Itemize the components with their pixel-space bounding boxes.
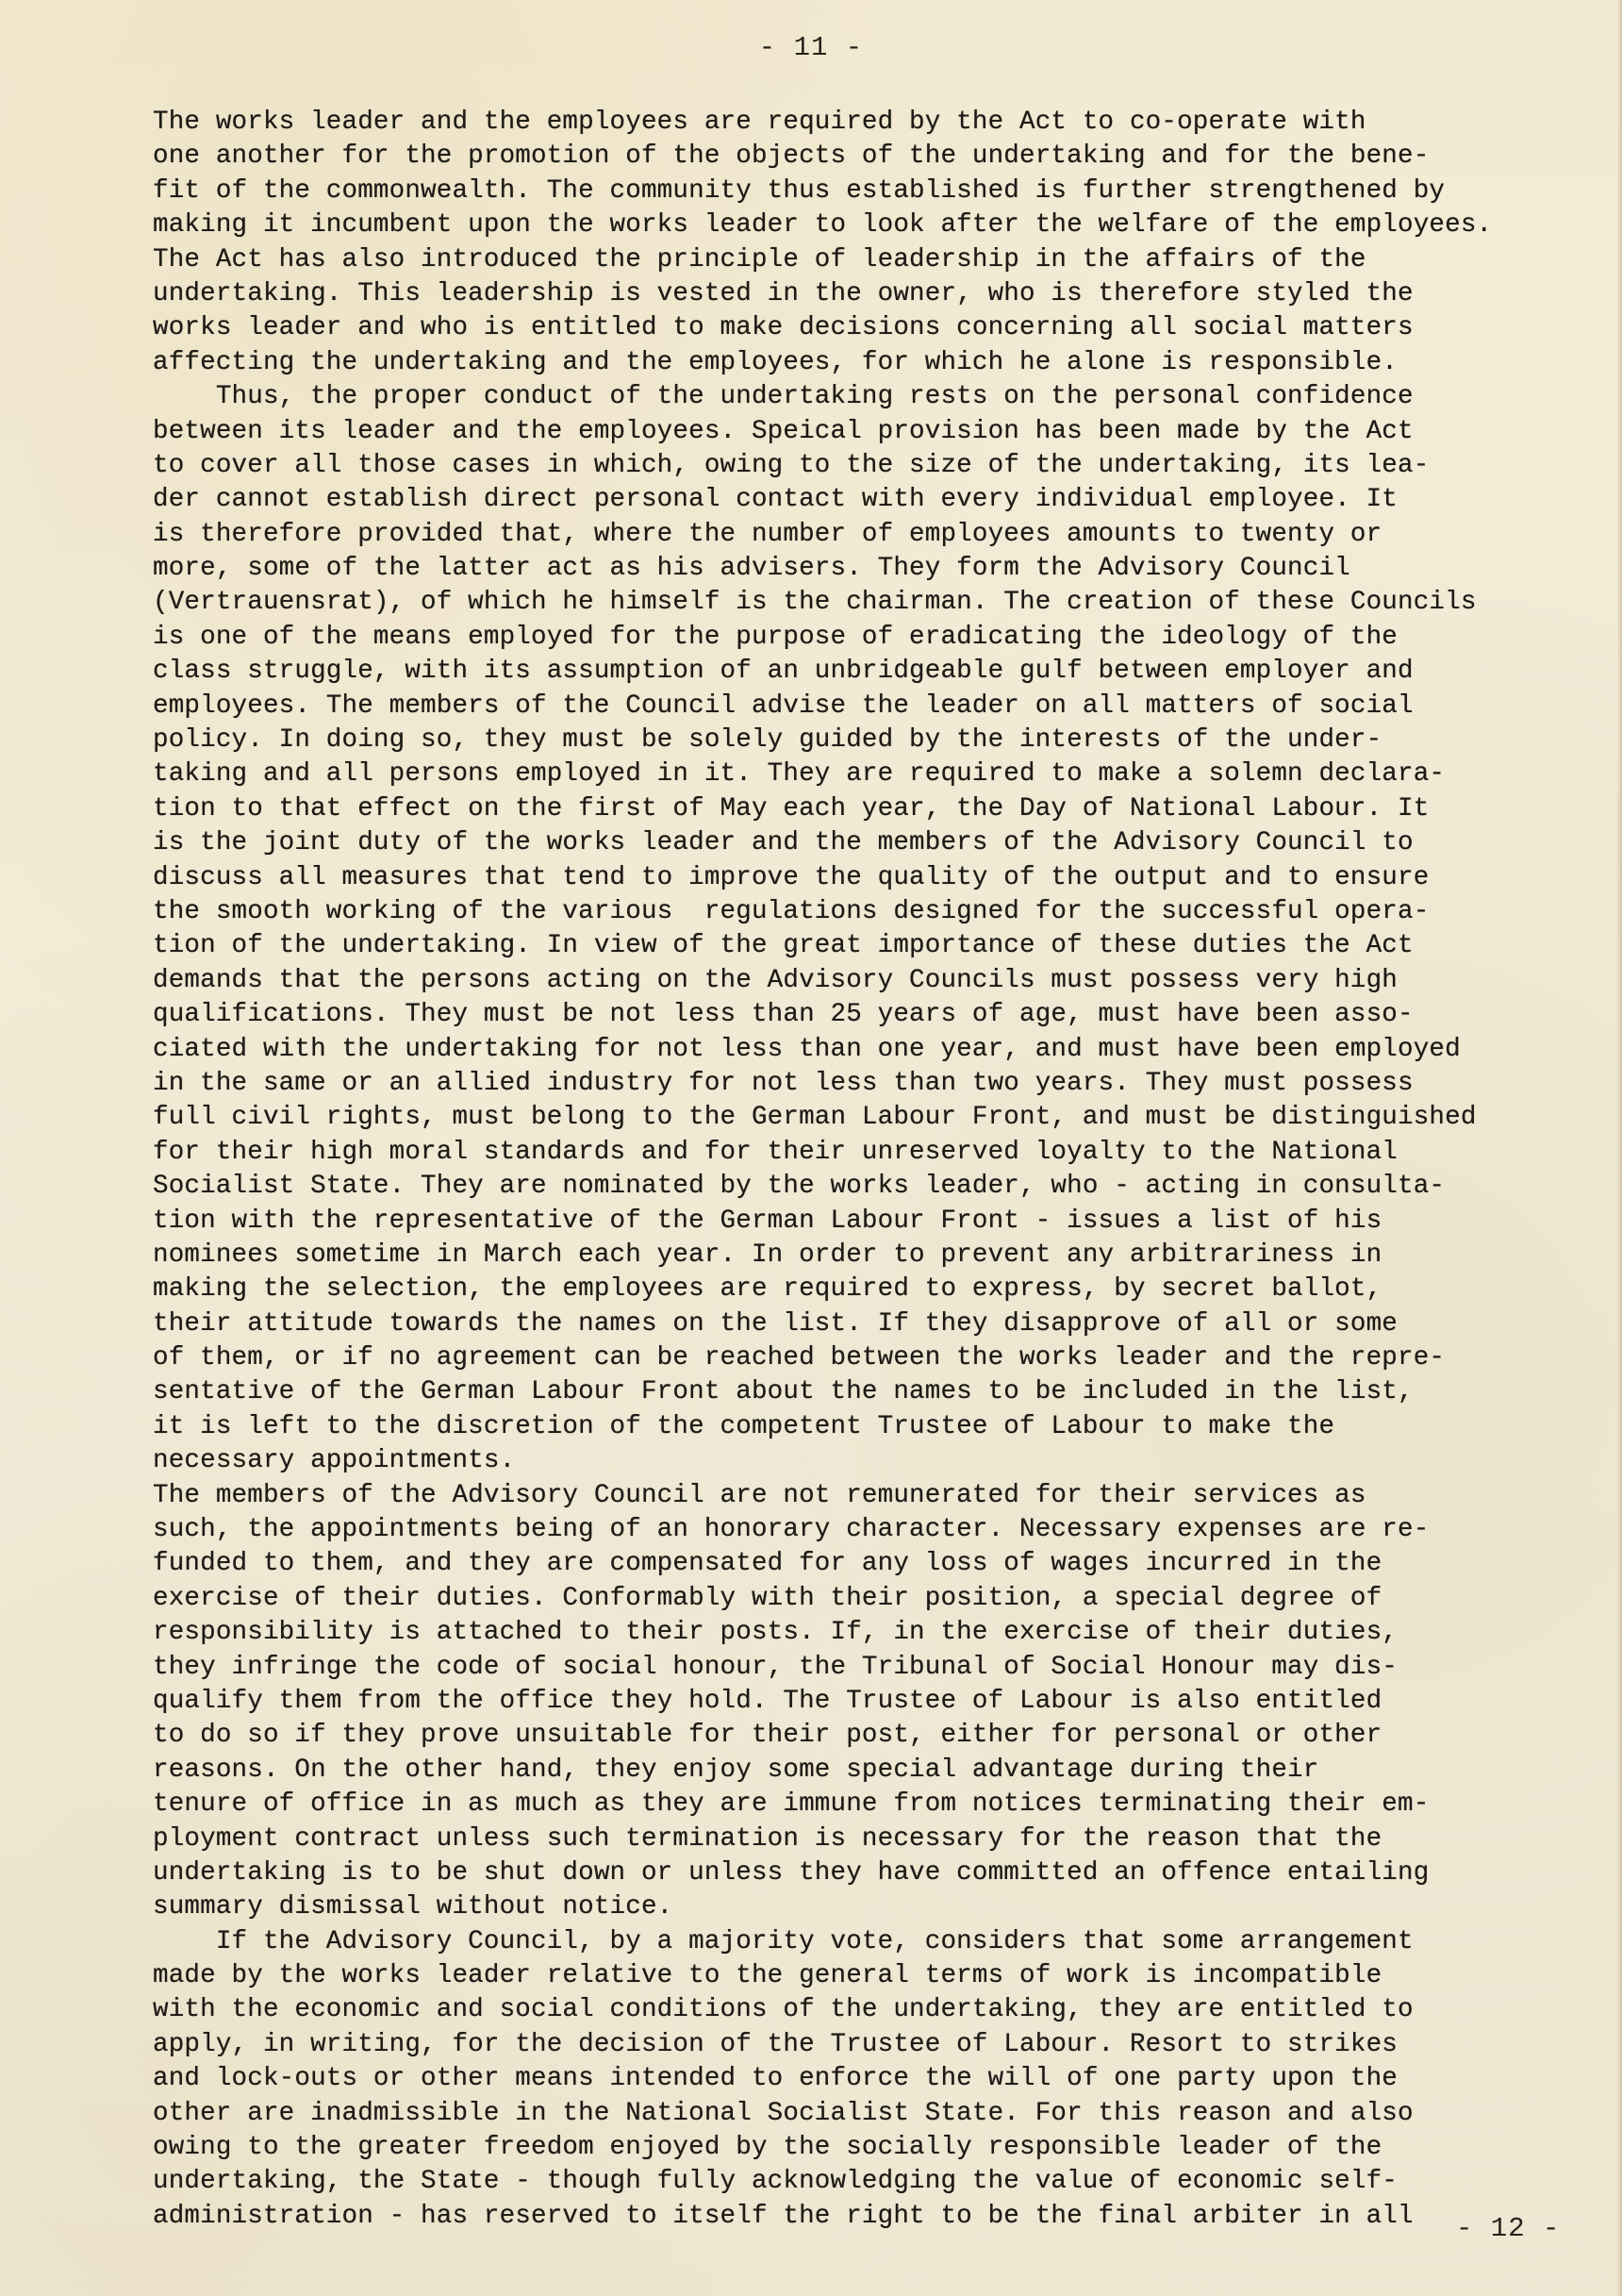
text-line: fit of the commonwealth. The community t… bbox=[153, 175, 1605, 208]
text-line: responsibility is attached to their post… bbox=[153, 1616, 1605, 1650]
text-line: for their high moral standards and for t… bbox=[153, 1136, 1605, 1170]
text-line: full civil rights, must belong to the Ge… bbox=[153, 1101, 1605, 1135]
text-line: The members of the Advisory Council are … bbox=[153, 1479, 1605, 1513]
text-line: summary dismissal without notice. bbox=[153, 1890, 1605, 1924]
text-line: necessary appointments. bbox=[153, 1444, 1605, 1478]
text-line: works leader and who is entitled to make… bbox=[153, 311, 1605, 345]
text-line: tion to that effect on the first of May … bbox=[153, 792, 1605, 826]
text-line: der cannot establish direct personal con… bbox=[153, 483, 1605, 517]
text-line: other are inadmissible in the National S… bbox=[153, 2097, 1605, 2131]
text-line: taking and all persons employed in it. T… bbox=[153, 757, 1605, 791]
text-line: qualifications. They must be not less th… bbox=[153, 998, 1605, 1032]
text-line: to do so if they prove unsuitable for th… bbox=[153, 1719, 1605, 1753]
text-line: sentative of the German Labour Front abo… bbox=[153, 1375, 1605, 1409]
text-line: such, the appointments being of an honor… bbox=[153, 1513, 1605, 1547]
text-line: Socialist State. They are nominated by t… bbox=[153, 1170, 1605, 1204]
text-line: is one of the means employed for the pur… bbox=[153, 621, 1605, 655]
text-line: The Act has also introduced the principl… bbox=[153, 243, 1605, 277]
text-line: affecting the undertaking and the employ… bbox=[153, 346, 1605, 380]
paper-edge bbox=[1616, 0, 1622, 2296]
text-line: undertaking is to be shut down or unless… bbox=[153, 1856, 1605, 1890]
text-line: in the same or an allied industry for no… bbox=[153, 1067, 1605, 1101]
text-line: made by the works leader relative to the… bbox=[153, 1959, 1605, 1993]
page-number-bottom: - 12 - bbox=[1456, 2213, 1560, 2244]
text-line: tion of the undertaking. In view of the … bbox=[153, 929, 1605, 963]
text-line: funded to them, and they are compensated… bbox=[153, 1547, 1605, 1581]
text-line: policy. In doing so, they must be solely… bbox=[153, 724, 1605, 757]
text-line: more, some of the latter act as his advi… bbox=[153, 552, 1605, 586]
text-line: (Vertrauensrat), of which he himself is … bbox=[153, 586, 1605, 620]
text-line: exercise of their duties. Conformably wi… bbox=[153, 1582, 1605, 1616]
text-line: is therefore provided that, where the nu… bbox=[153, 518, 1605, 552]
text-line: nominees sometime in March each year. In… bbox=[153, 1239, 1605, 1273]
text-line: ciated with the undertaking for not less… bbox=[153, 1033, 1605, 1067]
text-line: The works leader and the employees are r… bbox=[153, 106, 1605, 140]
text-line: the smooth working of the various regula… bbox=[153, 895, 1605, 929]
text-line: demands that the persons acting on the A… bbox=[153, 964, 1605, 998]
text-line: making the selection, the employees are … bbox=[153, 1273, 1605, 1306]
text-line: with the economic and social conditions … bbox=[153, 1993, 1605, 2027]
text-line: it is left to the discretion of the comp… bbox=[153, 1410, 1605, 1444]
text-line: employees. The members of the Council ad… bbox=[153, 690, 1605, 724]
text-line: administration - has reserved to itself … bbox=[153, 2200, 1605, 2234]
page-number-top: - 11 - bbox=[0, 32, 1622, 63]
text-line: tion with the representative of the Germ… bbox=[153, 1205, 1605, 1239]
text-line: of them, or if no agreement can be reach… bbox=[153, 1341, 1605, 1375]
text-line: they infringe the code of social honour,… bbox=[153, 1651, 1605, 1685]
text-line: and lock-outs or other means intended to… bbox=[153, 2062, 1605, 2096]
text-line: undertaking, the State - though fully ac… bbox=[153, 2165, 1605, 2199]
text-line: If the Advisory Council, by a majority v… bbox=[153, 1925, 1605, 1959]
text-line: is the joint duty of the works leader an… bbox=[153, 826, 1605, 860]
text-line: discuss all measures that tend to improv… bbox=[153, 861, 1605, 895]
text-line: tenure of office in as much as they are … bbox=[153, 1788, 1605, 1822]
text-line: undertaking. This leadership is vested i… bbox=[153, 277, 1605, 311]
text-line: class struggle, with its assumption of a… bbox=[153, 655, 1605, 689]
text-line: reasons. On the other hand, they enjoy s… bbox=[153, 1754, 1605, 1788]
text-line: ployment contract unless such terminatio… bbox=[153, 1822, 1605, 1856]
text-line: owing to the greater freedom enjoyed by … bbox=[153, 2131, 1605, 2165]
text-line: to cover all those cases in which, owing… bbox=[153, 449, 1605, 483]
body-text: The works leader and the employees are r… bbox=[153, 106, 1605, 2234]
text-line: Thus, the proper conduct of the undertak… bbox=[153, 380, 1605, 414]
text-line: between its leader and the employees. Sp… bbox=[153, 415, 1605, 449]
text-line: qualify them from the office they hold. … bbox=[153, 1685, 1605, 1719]
text-line: making it incumbent upon the works leade… bbox=[153, 208, 1605, 242]
text-line: apply, in writing, for the decision of t… bbox=[153, 2028, 1605, 2062]
text-line: their attitude towards the names on the … bbox=[153, 1307, 1605, 1341]
text-line: one another for the promotion of the obj… bbox=[153, 140, 1605, 174]
document-page: - 11 - The works leader and the employee… bbox=[0, 0, 1622, 2296]
